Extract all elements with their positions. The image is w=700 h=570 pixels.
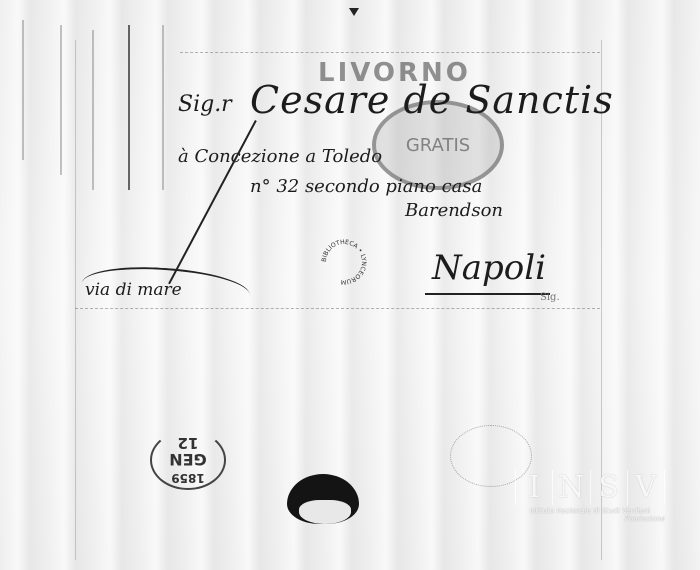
insv-watermark: I N S V Istituto Nazionale di Studi Verd…: [515, 470, 665, 523]
postmark-month: GEN: [150, 450, 226, 469]
institution-name: Istituto Nazionale di Studi Verdiani: [515, 507, 665, 515]
insv-logo: I N S V: [515, 470, 665, 505]
logo-letter: I: [516, 470, 553, 505]
oval-stamp-text: GRATIS: [406, 135, 470, 156]
logo-letter: N: [553, 470, 590, 505]
seal-tab-mark: [349, 8, 359, 16]
letter-sheet: LIVORNO GRATIS Sig.r Cesare de Sanctis à…: [0, 0, 700, 570]
address-line-3: n° 32 secondo piano casa: [250, 176, 482, 197]
institution-subtitle: Fondazione: [515, 515, 665, 523]
fold-line-top: [180, 52, 600, 53]
library-stamp-text: BIBLIOTHECA • LYNCEORUM: [321, 239, 367, 285]
destination-city: Napoli: [432, 248, 546, 288]
address-line-4: Barendson: [405, 200, 503, 221]
postmark-day: 12: [150, 434, 226, 452]
city-underline: [425, 293, 550, 295]
library-stamp: BIBLIOTHECA • LYNCEORUM: [318, 236, 370, 288]
svg-text:BIBLIOTHECA • LYNCEORUM: BIBLIOTHECA • LYNCEORUM: [321, 239, 367, 285]
logo-letter: S: [591, 470, 628, 505]
date-postmark: 1859 GEN 12: [150, 430, 226, 490]
addressee-name: Cesare de Sanctis: [250, 78, 614, 122]
address-line-2: à Concezione a Toledo: [178, 146, 382, 167]
margin-mark: Sig.: [540, 292, 560, 303]
postmark-year: 1859: [150, 471, 226, 485]
route-note: via di mare: [85, 280, 182, 300]
logo-letter: V: [628, 470, 664, 505]
salutation-prefix: Sig.r: [178, 92, 232, 117]
